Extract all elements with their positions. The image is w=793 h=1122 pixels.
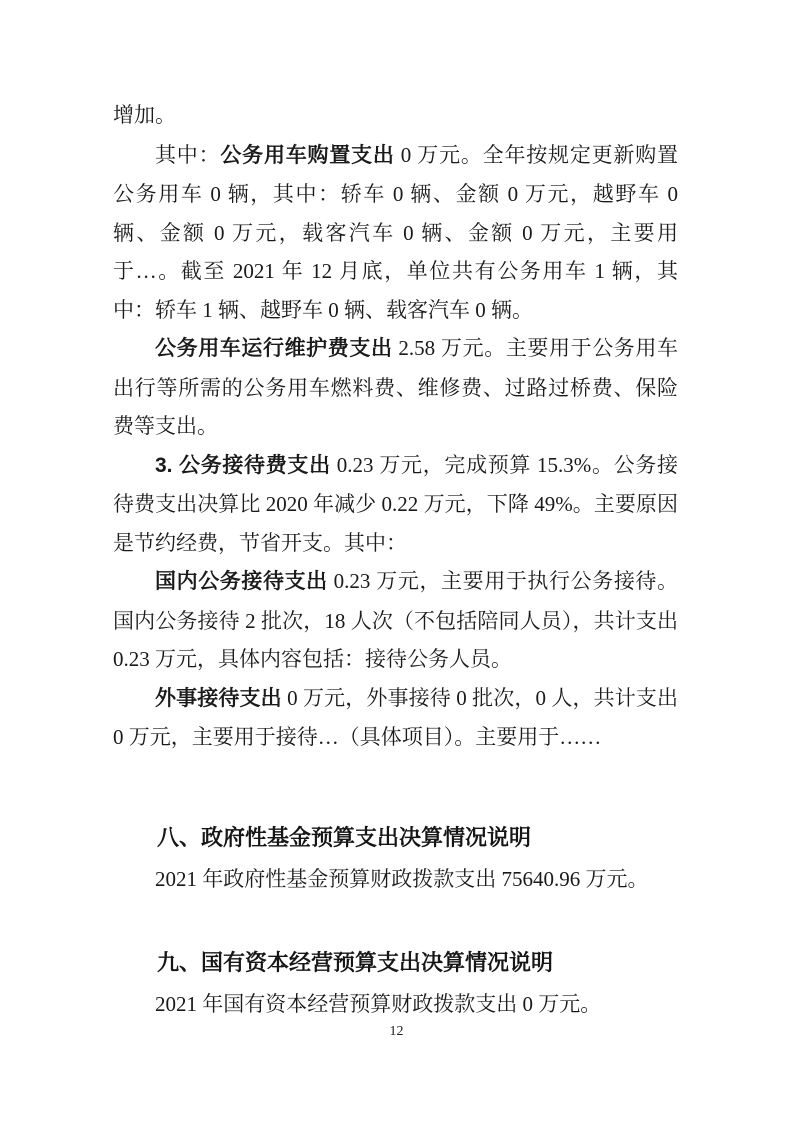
section-8-heading: 八、政府性基金预算支出决算情况说明 bbox=[113, 819, 678, 858]
paragraph-segment-bold: 公务用车运行维护费支出 bbox=[155, 337, 393, 360]
paragraph-segment-pre: 增加。 bbox=[113, 103, 176, 127]
page-number: 12 bbox=[0, 1022, 793, 1042]
body-paragraph: 国内公务接待支出 0.23 万元，主要用于执行公务接待。国内公务接待 2 批次，… bbox=[113, 562, 678, 679]
document-body: 增加。 其中：公务用车购置支出 0 万元。全年按规定更新购置公务用车 0 辆，其… bbox=[113, 96, 678, 757]
section-9-body: 2021 年国有资本经营预算财政拨款支出 0 万元。 bbox=[113, 985, 678, 1024]
body-paragraph: 3. 公务接待费支出 0.23 万元，完成预算 15.3%。公务接待费支出决算比… bbox=[113, 446, 678, 563]
body-paragraph: 外事接待支出 0 万元，外事接待 0 批次，0 人，共计支出 0 万元，主要用于… bbox=[113, 679, 678, 757]
body-paragraph: 公务用车运行维护费支出 2.58 万元。主要用于公务用车出行等所需的公务用车燃料… bbox=[113, 329, 678, 446]
paragraph-segment-rest: 0 万元。全年按规定更新购置公务用车 0 辆，其中：轿车 0 辆、金额 0 万元… bbox=[113, 143, 678, 322]
paragraph-segment-bold: 公务用车购置支出 bbox=[220, 144, 394, 167]
paragraph-segment-bold: 国内公务接待支出 bbox=[155, 570, 328, 593]
section-government-fund: 八、政府性基金预算支出决算情况说明 2021 年政府性基金预算财政拨款支出 75… bbox=[113, 819, 678, 898]
body-paragraph: 其中：公务用车购置支出 0 万元。全年按规定更新购置公务用车 0 辆，其中：轿车… bbox=[113, 136, 678, 330]
body-paragraph: 增加。 bbox=[113, 96, 678, 136]
document-page: 增加。 其中：公务用车购置支出 0 万元。全年按规定更新购置公务用车 0 辆，其… bbox=[0, 0, 793, 1122]
section-9-heading: 九、国有资本经营预算支出决算情况说明 bbox=[113, 944, 678, 983]
paragraph-segment-bold: 外事接待支出 bbox=[155, 687, 282, 710]
section-8-body: 2021 年政府性基金预算财政拨款支出 75640.96 万元。 bbox=[113, 860, 678, 899]
paragraph-segment-pre: 其中： bbox=[155, 143, 220, 167]
section-state-capital: 九、国有资本经营预算支出决算情况说明 2021 年国有资本经营预算财政拨款支出 … bbox=[113, 944, 678, 1023]
paragraph-segment-bold: 3. 公务接待费支出 bbox=[155, 454, 331, 477]
